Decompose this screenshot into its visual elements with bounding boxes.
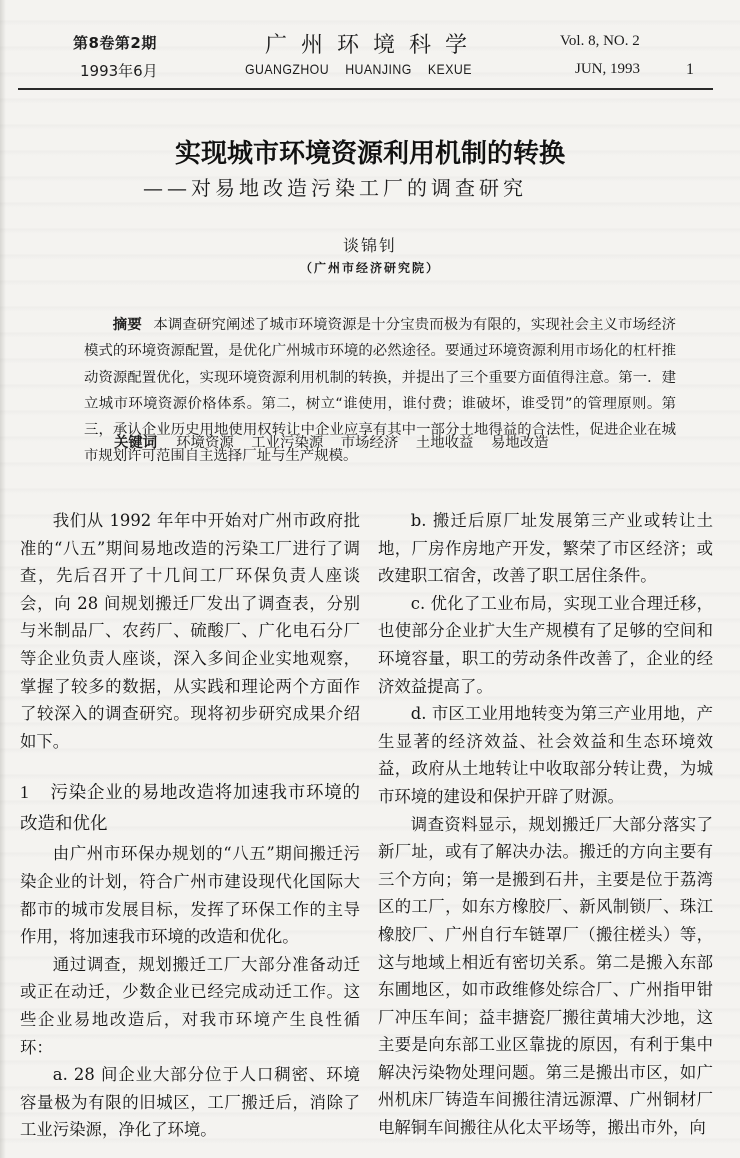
article-subtitle: ——对易地改造污染工厂的调查研究 [143, 172, 603, 201]
keyword: 市场经济 [341, 435, 399, 451]
body-paragraph: 通过调查，规划搬迁工厂大部分准备动迁或正在动迁，少数企业已经完成动迁工作。这些企… [20, 951, 360, 1061]
section-number: 1 [20, 782, 29, 802]
keyword: 工业污染源 [251, 435, 323, 451]
keyword: 土地收益 [416, 435, 474, 451]
list-item-a: a. 28 间企业大部分位于人口稠密、环境容量极为有限的旧城区，工厂搬迁后，消除… [20, 1061, 360, 1144]
author-affiliation: （广州市经济研究院） [0, 259, 740, 276]
keyword: 环境资源 [176, 435, 234, 451]
keyword: 易地改造 [491, 435, 549, 451]
body-paragraph: 由广州市环保办规划的“八五”期间搬迁污染企业的计划，符合广州市建设现代化国际大都… [20, 840, 360, 950]
page-edge-shadow [0, 0, 6, 1158]
header-journal-title-cn: 广州环境科学 [265, 28, 481, 59]
header-date-cn: 1993年6月 [80, 60, 158, 81]
header-volume-issue-cn: 第8卷第2期 [73, 32, 157, 53]
header-journal-title-pinyin: GUANGZHOU HUANJING KEXUE [245, 61, 472, 77]
list-item-b: b. 搬迁后原厂址发展第三产业或转让土地，厂房作房地产开发，繁荣了市区经济；或改… [378, 507, 713, 590]
header-volume-issue-en: Vol. 8, NO. 2 [560, 33, 640, 50]
header-rule [18, 88, 713, 90]
section-heading: 1污染企业的易地改造将加速我市环境的改造和优化 [20, 777, 360, 840]
list-item-d: d. 市区工业用地转变为第三产业用地，产生显著的经济效益、社会效益和生态环境效益… [378, 700, 713, 810]
section-title: 污染企业的易地改造将加速我市环境的改造和优化 [20, 783, 360, 834]
journal-page: 第8卷第2期 1993年6月 广州环境科学 GUANGZHOU HUANJING… [0, 0, 740, 1158]
abstract-label: 摘要 [113, 317, 142, 333]
page-number: 1 [686, 61, 694, 79]
intro-paragraph: 我们从 1992 年年中开始对广州市政府批准的“八五”期间易地改造的污染工厂进行… [20, 507, 360, 755]
body-left-column: 我们从 1992 年年中开始对广州市政府批准的“八五”期间易地改造的污染工厂进行… [20, 507, 360, 1144]
header-date-en: JUN, 1993 [575, 61, 640, 78]
keywords-label: 关键词 [114, 435, 157, 451]
keywords: 关键词 环境资源 工业污染源 市场经济 土地收益 易地改造 [114, 431, 562, 452]
list-item-c: c. 优化了工业布局，实现工业合理迁移，也使部分企业扩大生产规模有了足够的空间和… [378, 590, 713, 700]
author-name: 谈锦钊 [0, 233, 740, 256]
body-right-column: b. 搬迁后原厂址发展第三产业或转让土地，厂房作房地产开发，繁荣了市区经济；或改… [378, 507, 713, 1142]
article-title: 实现城市环境资源利用机制的转换 [140, 133, 600, 170]
body-paragraph: 调查资料显示，规划搬迁厂大部分落实了新厂址，或有了解决办法。搬迁的方向主要有三个… [378, 811, 713, 1142]
